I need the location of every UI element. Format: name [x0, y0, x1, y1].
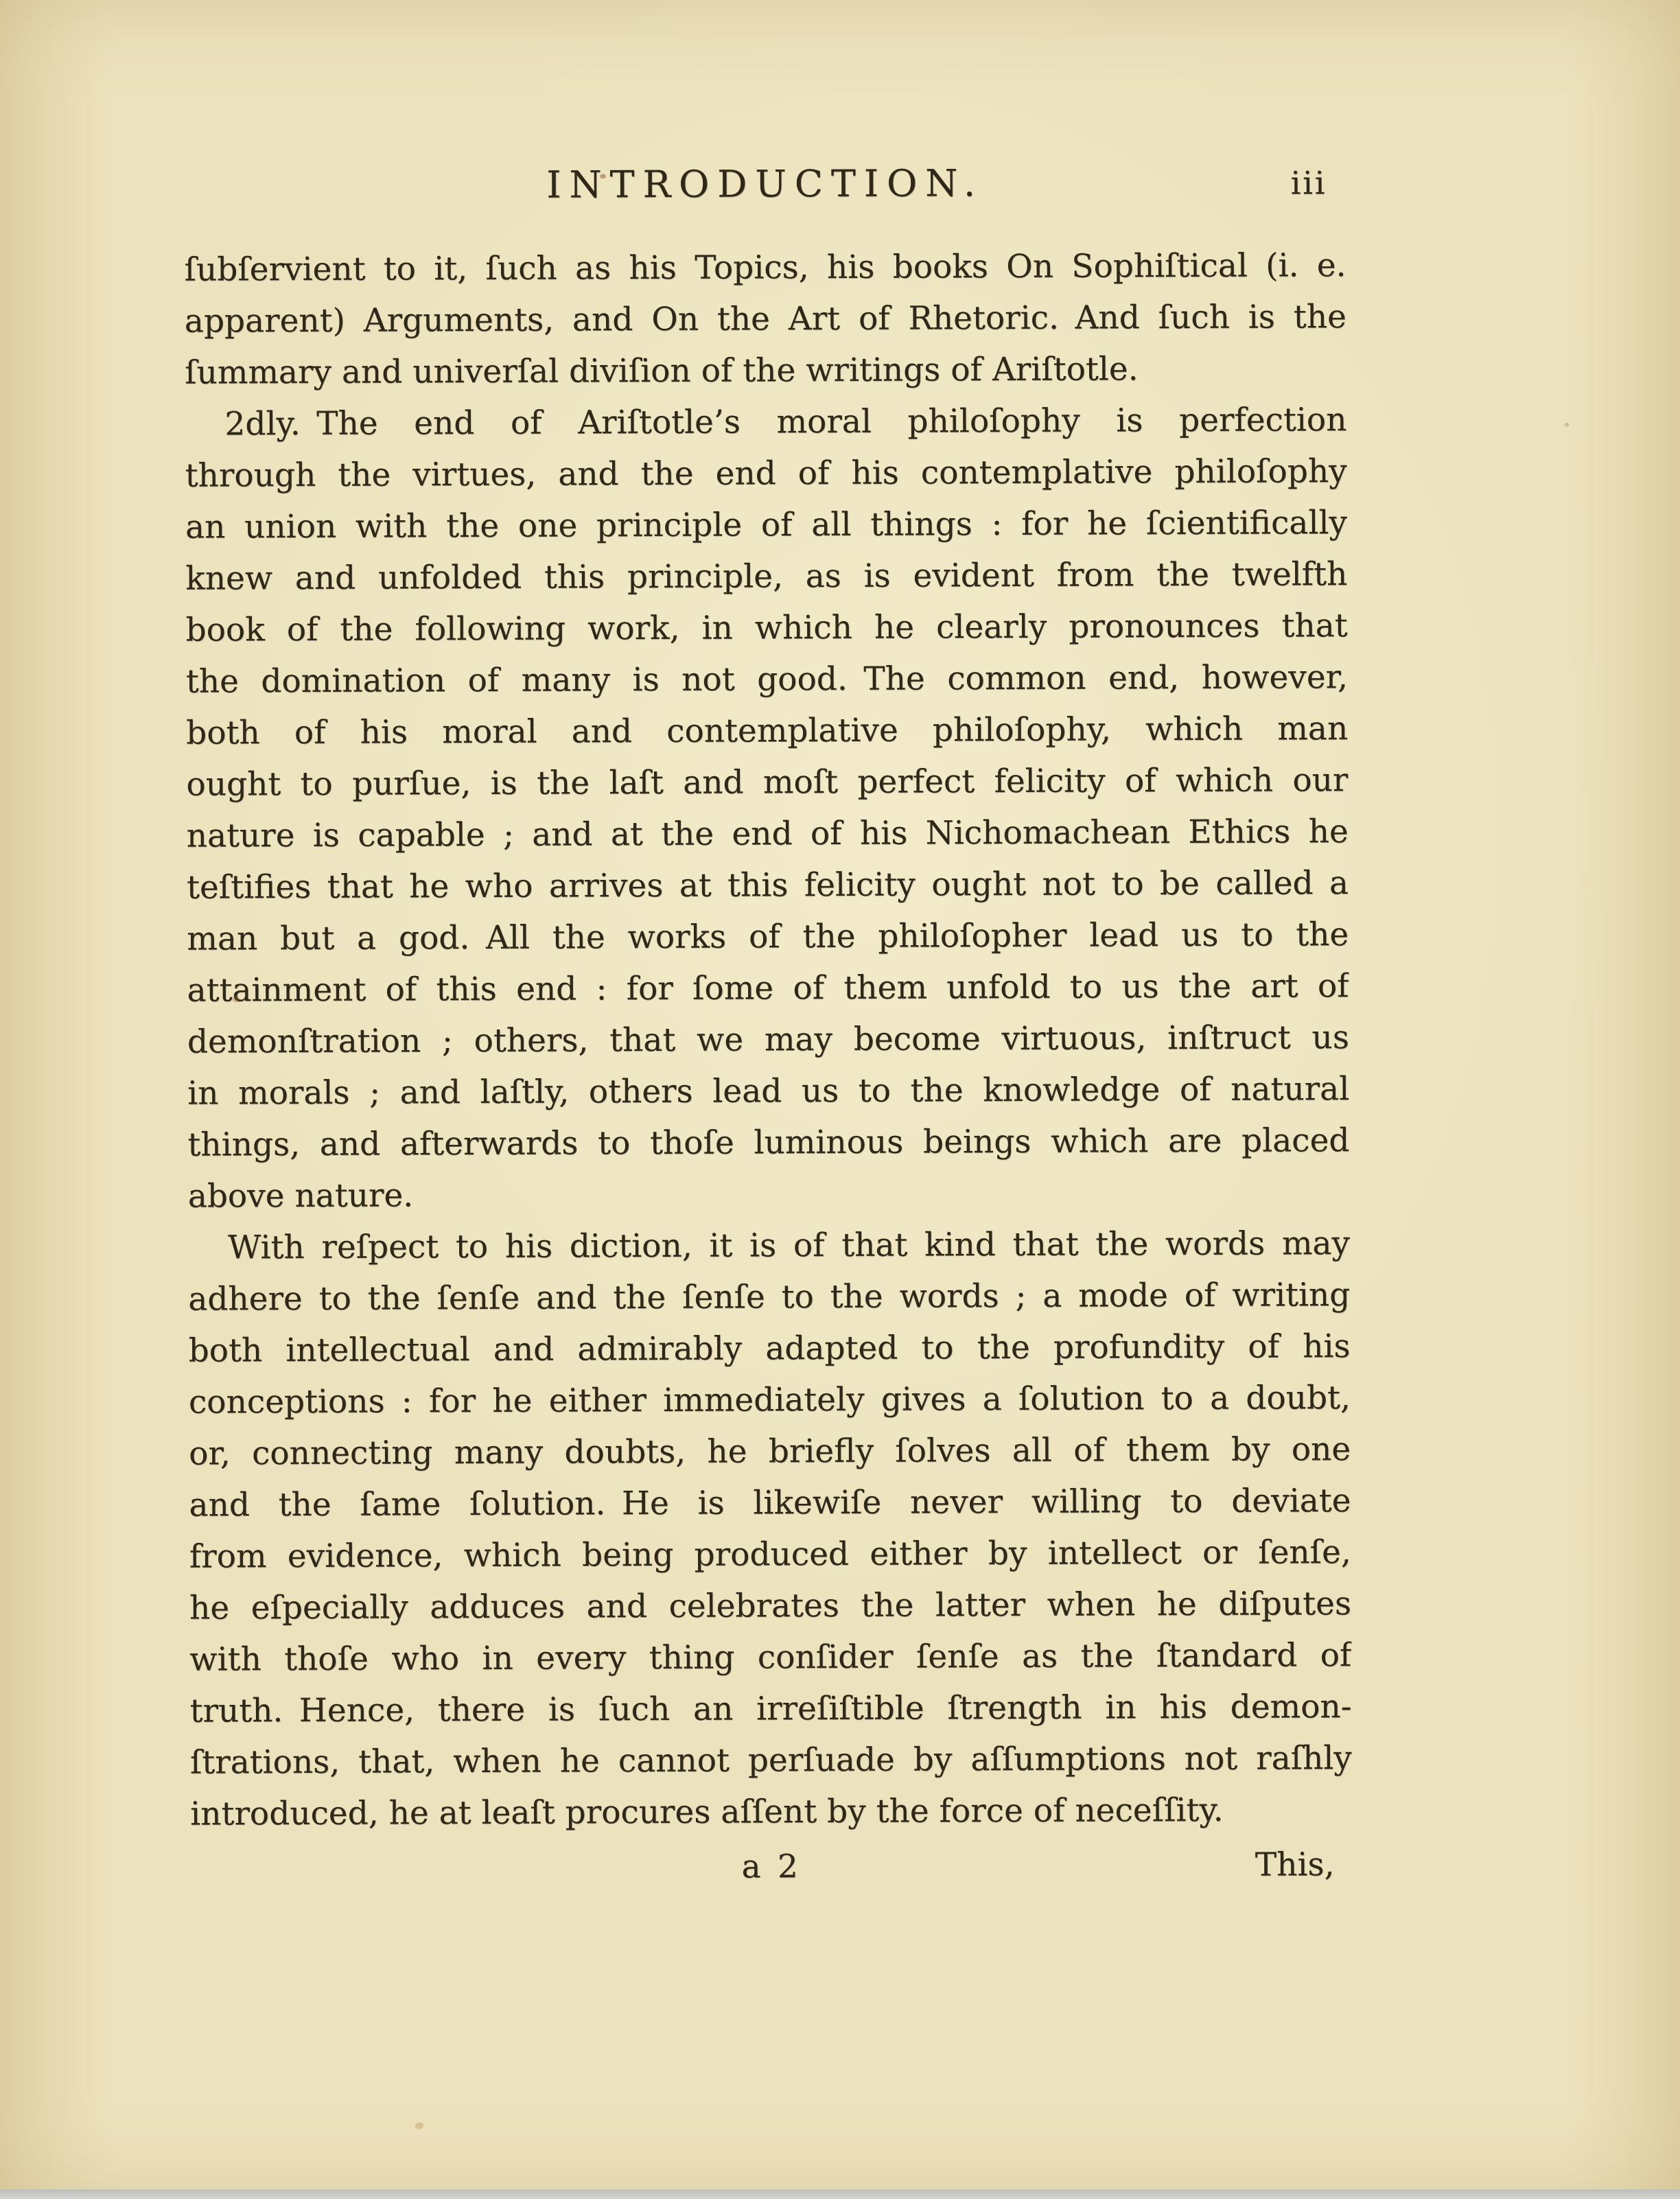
page-header: INTRODUCTION. iii [184, 160, 1346, 213]
text-line: from evidence, which being produced eith… [189, 1526, 1351, 1583]
text-line: or, connecting many doubts, he briefly ſ… [189, 1423, 1351, 1480]
text-line: introduced, he at leaſt procures aſſent … [190, 1784, 1352, 1840]
text-line: an union with the one principle of all t… [185, 497, 1347, 553]
text-line: book of the following work, in which he … [185, 600, 1347, 656]
text-line: in morals ; and laſtly, others lead us t… [187, 1063, 1349, 1119]
scan-edge [0, 2189, 1680, 2199]
text-line: both intellectual and admirably adapted … [188, 1320, 1350, 1377]
text-line: through the virtues, and the end of his … [185, 445, 1347, 502]
catchword: This, [1255, 1846, 1335, 1883]
text-line: teſtifies that he who arrives at this fe… [187, 857, 1349, 914]
text-line: conceptions : for he either immediately … [189, 1372, 1351, 1428]
page-title: INTRODUCTION. [184, 160, 1346, 208]
text-line: ſubſervient to it, ſuch as his Topics, h… [184, 240, 1346, 296]
paper-speck [1564, 423, 1569, 427]
text-line: and the ſame ſolution. He is likewiſe ne… [189, 1475, 1351, 1531]
text-line: With reſpect to his diction, it is of th… [188, 1218, 1350, 1274]
text-line: apparent) Arguments, and On the Art of R… [185, 291, 1346, 347]
text-line: he eſpecially adduces and celebrates the… [189, 1578, 1351, 1634]
text-line: attainment of this end : for ſome of the… [187, 960, 1349, 1016]
text-line: the domination of many is not good. The … [186, 651, 1348, 708]
page-number: iii [1291, 164, 1327, 201]
paper-speck [415, 2122, 423, 2129]
text-line: nature is capable ; and at the end of hi… [187, 806, 1349, 862]
text-line: truth. Hence, there is ſuch an irreſiſti… [190, 1681, 1352, 1737]
body-text: ſubſervient to it, ſuch as his Topics, h… [184, 240, 1352, 1839]
text-line: with thoſe who in every thing conſider ſ… [189, 1629, 1351, 1686]
text-line: man but a god. All the works of the phil… [187, 909, 1349, 965]
text-line: both of his moral and contemplative phil… [186, 703, 1348, 759]
text-line: ſummary and univerſal diviſion of the wr… [185, 342, 1346, 399]
text-line: adhere to the ſenſe and the ſenſe to the… [188, 1269, 1350, 1325]
text-line: things, and afterwards to thoſe luminous… [187, 1115, 1349, 1171]
text-line: ſtrations, that, when he cannot perſuade… [190, 1732, 1352, 1789]
text-line: above nature. [188, 1166, 1350, 1222]
book-page: INTRODUCTION. iii ſubſervient to it, ſuc… [0, 0, 1680, 2199]
text-line: demonſtration ; others, that we may beco… [187, 1012, 1349, 1068]
page-footer: a 2 This, [190, 1846, 1352, 1902]
text-line: knew and unfolded this principle, as is … [185, 548, 1347, 605]
text-line: 2dly. The end of Ariſtotle’s moral philo… [185, 394, 1346, 450]
signature-mark: a 2 [190, 1846, 1352, 1888]
text-line: ought to purſue, is the laſt and moſt pe… [186, 754, 1348, 811]
